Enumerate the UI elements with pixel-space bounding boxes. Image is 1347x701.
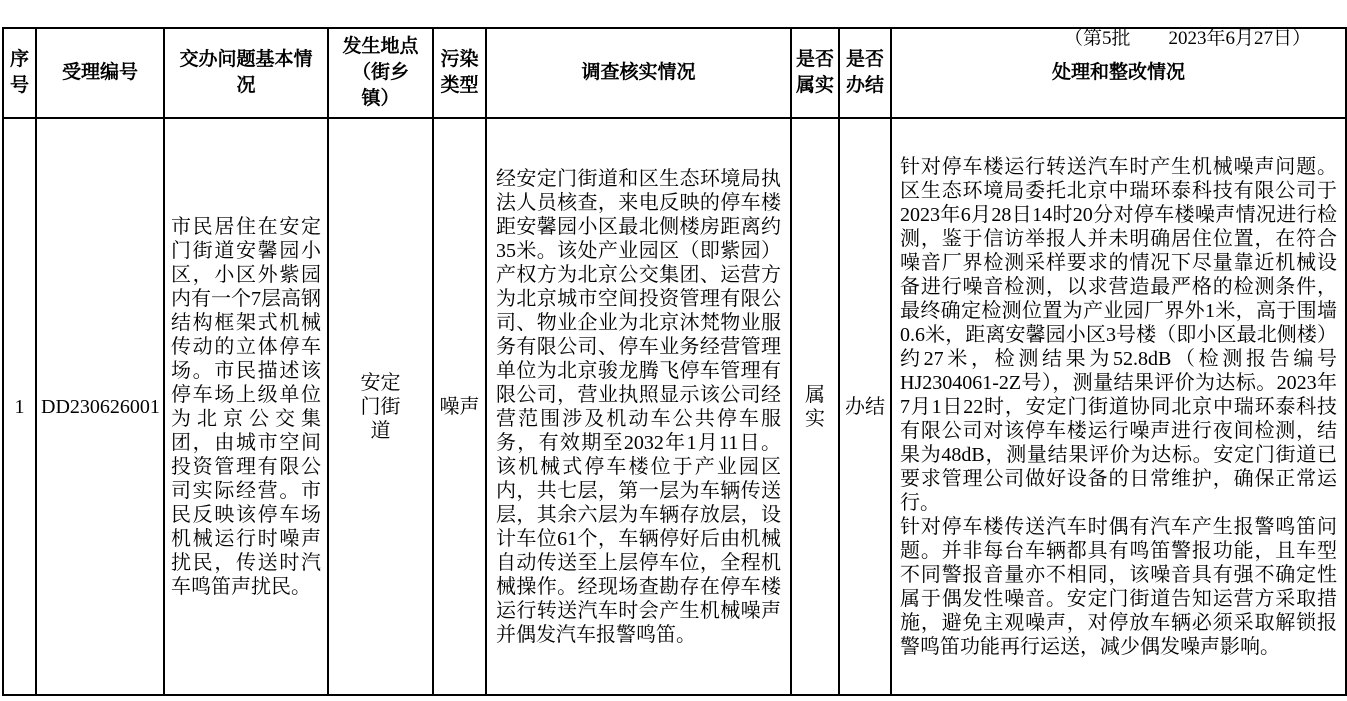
cell-handling: 针对停车楼运行转送汽车时产生机械噪声问题。区生态环境局委托北京中瑞环泰科技有限公… xyxy=(891,118,1346,695)
header-case-id: 受理编号 xyxy=(36,28,164,118)
page: （第5批 2023年6月27日） 序 号 受理编号 交办问题基本情 况 发生地点… xyxy=(0,0,1347,701)
header-location: 发生地点 （街乡 镇） xyxy=(328,28,433,118)
cell-problem: 市民居住在安定门街道安馨园小区，小区外紫园内有一个7层高钢结构框架式机械传动的立… xyxy=(164,118,328,695)
cell-case-id: DD230626001 xyxy=(36,118,164,695)
header-is-closed: 是否 办结 xyxy=(839,28,891,118)
table-row: 1 DD230626001 市民居住在安定门街道安馨园小区，小区外紫园内有一个7… xyxy=(3,118,1346,695)
handling-paragraph-1: 针对停车楼运行转送汽车时产生机械噪声问题。区生态环境局委托北京中瑞环泰科技有限公… xyxy=(900,155,1337,515)
caption-text: （第5批 2023年6月27日） xyxy=(1064,28,1311,49)
header-seq: 序 号 xyxy=(3,28,36,118)
cell-seq: 1 xyxy=(3,118,36,695)
handling-paragraph-2: 针对停车楼传送汽车时偶有汽车产生报警鸣笛问题。并非每台车辆都具有鸣笛警报功能，且… xyxy=(900,515,1337,659)
cell-location: 安定门街道 xyxy=(328,118,433,695)
cell-investigation: 经安定门街道和区生态环境局执法人员核查，来电反映的停车楼距安馨园小区最北侧楼房距… xyxy=(486,118,791,695)
header-investigation: 调查核实情况 xyxy=(486,28,791,118)
header-is-true: 是否 属实 xyxy=(791,28,839,118)
header-problem: 交办问题基本情 况 xyxy=(164,28,328,118)
cell-is-closed: 办结 xyxy=(839,118,891,695)
header-pollution-type: 污染 类型 xyxy=(433,28,486,118)
caption: （第5批 2023年6月27日） xyxy=(0,0,1347,27)
cell-is-true: 属实 xyxy=(791,118,839,695)
cell-pollution-type: 噪声 xyxy=(433,118,486,695)
complaints-table: 序 号 受理编号 交办问题基本情 况 发生地点 （街乡 镇） 污染 类型 调查核… xyxy=(2,27,1347,696)
